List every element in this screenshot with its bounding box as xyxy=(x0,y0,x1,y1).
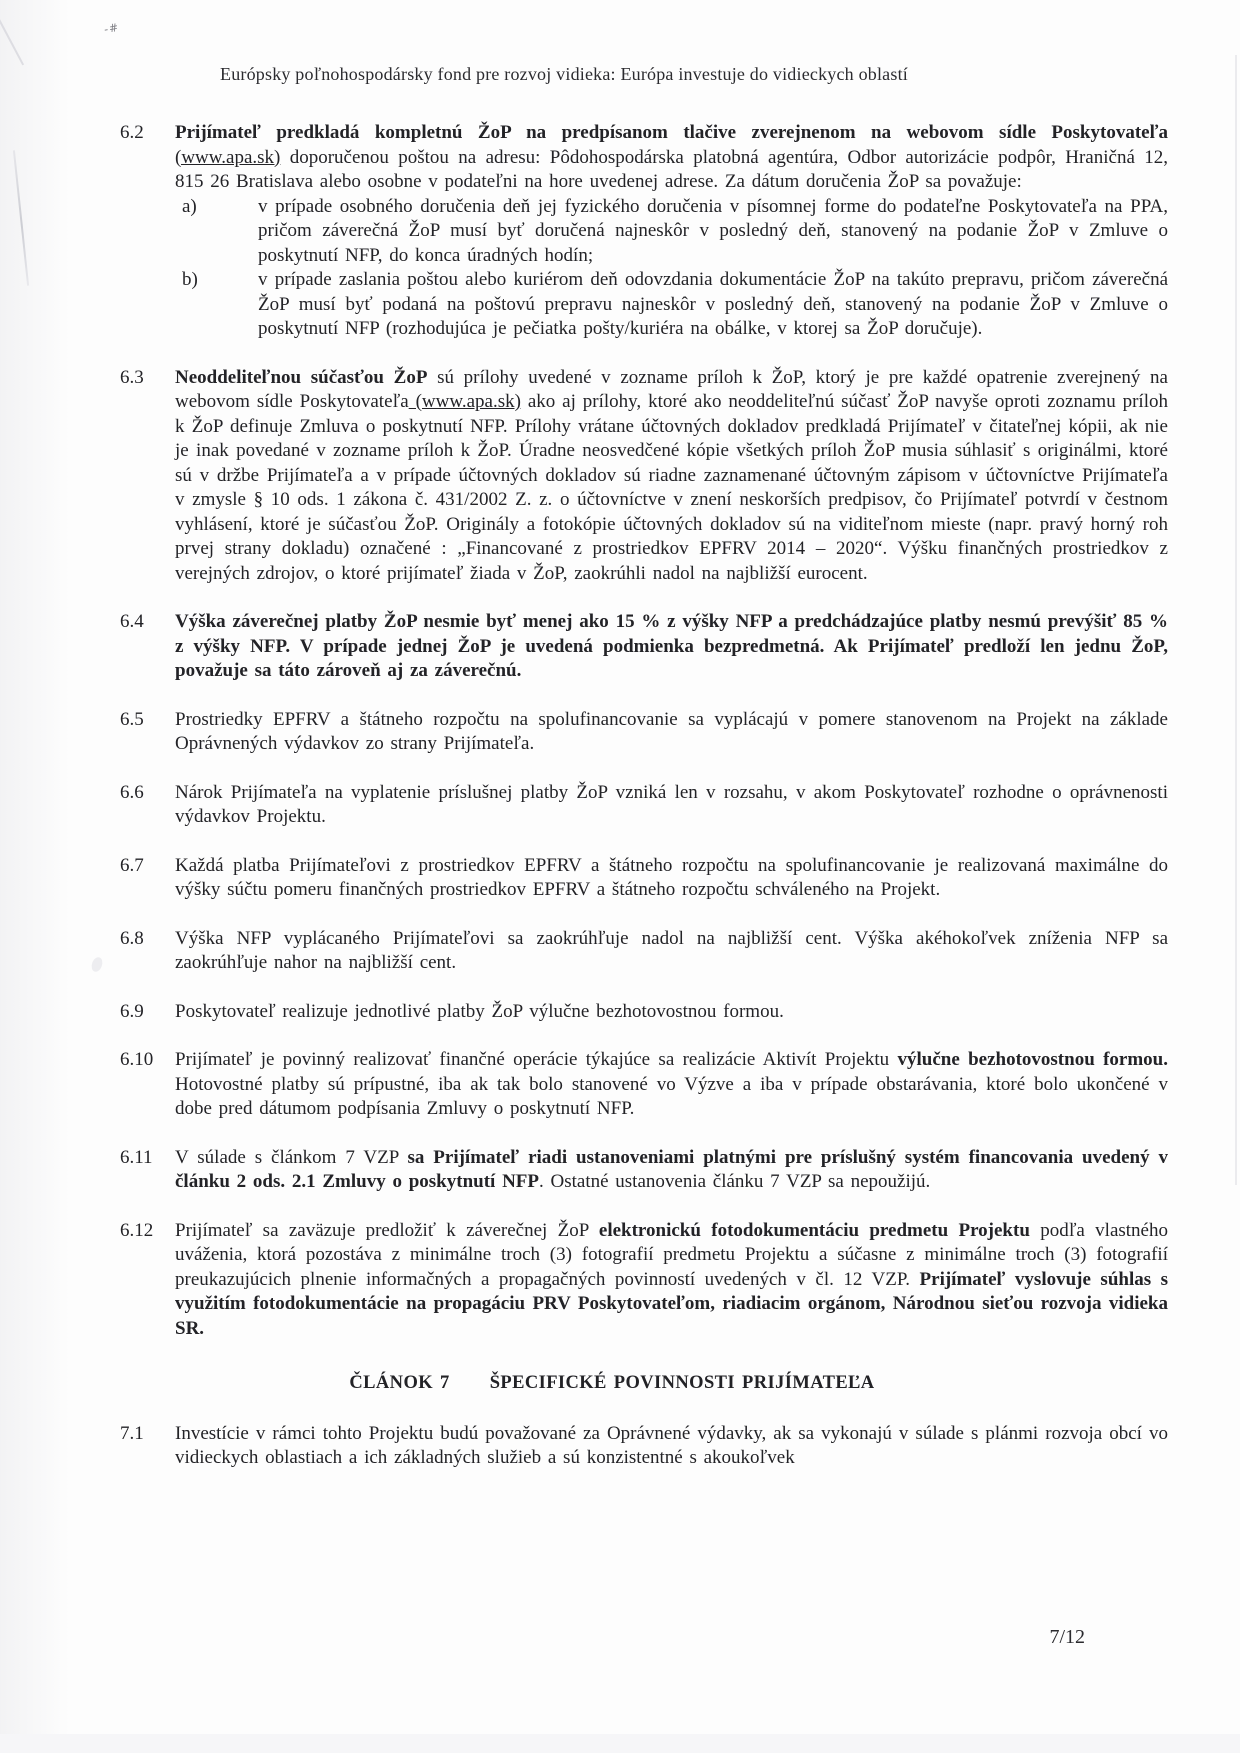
article-label: ČLÁNOK 7 xyxy=(349,1371,449,1396)
section-number: 6.11 xyxy=(120,1146,175,1171)
bold-text: elektronickú fotodokumentáciu predmetu P… xyxy=(599,1220,1030,1241)
section-6-6: 6.6 Nárok Prijímateľa na vyplatenie prís… xyxy=(120,781,1168,830)
section-6-2: 6.2 Prijímateľ predkladá kompletnú ŽoP n… xyxy=(120,121,1168,342)
pen-mark-artifact: -# xyxy=(103,21,120,36)
section-number: 6.3 xyxy=(120,366,175,391)
section-6-9: 6.9 Poskytovateľ realizuje jednotlivé pl… xyxy=(120,1000,1168,1025)
section-body: Prostriedky EPFRV a štátneho rozpočtu na… xyxy=(175,708,1168,757)
section-paragraph: Poskytovateľ realizuje jednotlivé platby… xyxy=(175,1000,1168,1025)
document-header: Európsky poľnohospodársky fond pre rozvo… xyxy=(220,64,1240,85)
section-number: 7.1 xyxy=(120,1422,175,1447)
scan-edge-shading xyxy=(0,0,70,1753)
list-item-label: b) xyxy=(182,268,258,293)
body-text: V súlade s článkom 7 VZP xyxy=(175,1147,407,1168)
section-paragraph: Prostriedky EPFRV a štátneho rozpočtu na… xyxy=(175,708,1168,757)
section-6-10: 6.10 Prijímateľ je povinný realizovať fi… xyxy=(120,1048,1168,1122)
body-text: Prijímateľ je povinný realizovať finančn… xyxy=(175,1049,897,1070)
section-paragraph: Výška záverečnej platby ŽoP nesmie byť m… xyxy=(175,610,1168,684)
document-page: -# Európsky poľnohospodársky fond pre ro… xyxy=(0,0,1240,1753)
section-number: 6.5 xyxy=(120,708,175,733)
section-6-3: 6.3 Neoddeliteľnou súčasťou ŽoP sú prílo… xyxy=(120,366,1168,587)
section-paragraph: Prijímateľ je povinný realizovať finančn… xyxy=(175,1048,1168,1122)
section-body: Výška záverečnej platby ŽoP nesmie byť m… xyxy=(175,610,1168,684)
website-url-text: (www.apa.sk) xyxy=(175,147,280,168)
section-7-1: 7.1 Investície v rámci tohto Projektu bu… xyxy=(120,1422,1168,1471)
section-paragraph: Prijímateľ sa zaväzuje predložiť k záver… xyxy=(175,1219,1168,1342)
section-body: Investície v rámci tohto Projektu budú p… xyxy=(175,1422,1168,1471)
section-6-4: 6.4 Výška záverečnej platby ŽoP nesmie b… xyxy=(120,610,1168,684)
section-body: Nárok Prijímateľa na vyplatenie príslušn… xyxy=(175,781,1168,830)
article-title: ŠPECIFICKÉ POVINNOSTI PRIJÍMATEĽA xyxy=(490,1371,875,1396)
section-paragraph: Výška NFP vyplácaného Prijímateľovi sa z… xyxy=(175,927,1168,976)
list-item-text: v prípade osobného doručenia deň jej fyz… xyxy=(258,195,1168,269)
section-paragraph: V súlade s článkom 7 VZP sa Prijímateľ r… xyxy=(175,1146,1168,1195)
section-6-11: 6.11 V súlade s článkom 7 VZP sa Prijíma… xyxy=(120,1146,1168,1195)
section-paragraph: Neoddeliteľnou súčasťou ŽoP sú prílohy u… xyxy=(175,366,1168,587)
body-text: . Ostatné ustanovenia článku 7 VZP sa ne… xyxy=(539,1171,930,1192)
section-body: Neoddeliteľnou súčasťou ŽoP sú prílohy u… xyxy=(175,366,1168,587)
body-text: Hotovostné platby sú prípustné, iba ak t… xyxy=(175,1074,1168,1120)
section-6-5: 6.5 Prostriedky EPFRV a štátneho rozpočt… xyxy=(120,708,1168,757)
bold-text: výlučne bezhotovostnou formou. xyxy=(897,1049,1168,1070)
section-number: 6.8 xyxy=(120,927,175,952)
section-6-7: 6.7 Každá platba Prijímateľovi z prostri… xyxy=(120,854,1168,903)
section-body: V súlade s článkom 7 VZP sa Prijímateľ r… xyxy=(175,1146,1168,1195)
section-body: Prijímateľ je povinný realizovať finančn… xyxy=(175,1048,1168,1122)
section-body: Výška NFP vyplácaného Prijímateľovi sa z… xyxy=(175,927,1168,976)
scan-smudge-artifact xyxy=(90,956,105,974)
section-number: 6.12 xyxy=(120,1219,175,1244)
list-item-text: v prípade zaslania poštou alebo kuriérom… xyxy=(258,268,1168,342)
section-paragraph: Nárok Prijímateľa na vyplatenie príslušn… xyxy=(175,781,1168,830)
bold-text: Prijímateľ predkladá kompletnú ŽoP na pr… xyxy=(175,122,1168,143)
section-6-8: 6.8 Výška NFP vyplácaného Prijímateľovi … xyxy=(120,927,1168,976)
list-item-b: b) v prípade zaslania poštou alebo kurié… xyxy=(175,268,1168,342)
scan-crease-artifact xyxy=(13,150,29,285)
section-paragraph: Každá platba Prijímateľovi z prostriedko… xyxy=(175,854,1168,903)
section-body: Prijímateľ sa zaväzuje predložiť k záver… xyxy=(175,1219,1168,1342)
bold-text: Neoddeliteľnou súčasťou ŽoP xyxy=(175,367,427,388)
section-number: 6.4 xyxy=(120,610,175,635)
section-number: 6.9 xyxy=(120,1000,175,1025)
page-number: 7/12 xyxy=(1049,1626,1085,1649)
section-number: 6.7 xyxy=(120,854,175,879)
scan-edge-line xyxy=(1235,55,1237,1185)
body-text: doporučenou poštou na adresu: Pôdohospod… xyxy=(175,147,1168,193)
body-text: Prijímateľ sa zaväzuje predložiť k záver… xyxy=(175,1220,599,1241)
section-body: Poskytovateľ realizuje jednotlivé platby… xyxy=(175,1000,1168,1025)
section-body: Každá platba Prijímateľovi z prostriedko… xyxy=(175,854,1168,903)
section-6-12: 6.12 Prijímateľ sa zaväzuje predložiť k … xyxy=(120,1219,1168,1342)
document-body: 6.2 Prijímateľ predkladá kompletnú ŽoP n… xyxy=(120,121,1168,1471)
section-number: 6.10 xyxy=(120,1048,175,1073)
section-number: 6.6 xyxy=(120,781,175,806)
list-item-label: a) xyxy=(182,195,258,220)
section-number: 6.2 xyxy=(120,121,175,146)
list-item-a: a) v prípade osobného doručenia deň jej … xyxy=(175,195,1168,269)
section-paragraph: Investície v rámci tohto Projektu budú p… xyxy=(175,1422,1168,1471)
website-url-text: (www.apa.sk) xyxy=(409,391,521,412)
article-7-heading: ČLÁNOK 7 ŠPECIFICKÉ POVINNOSTI PRIJÍMATE… xyxy=(88,1371,1136,1396)
scan-crease-artifact xyxy=(0,19,24,66)
section-body: Prijímateľ predkladá kompletnú ŽoP na pr… xyxy=(175,121,1168,342)
scan-bottom-edge xyxy=(0,1734,1240,1753)
section-paragraph: Prijímateľ predkladá kompletnú ŽoP na pr… xyxy=(175,121,1168,195)
body-text: ako aj prílohy, ktoré ako neoddeliteľnú … xyxy=(175,391,1168,584)
